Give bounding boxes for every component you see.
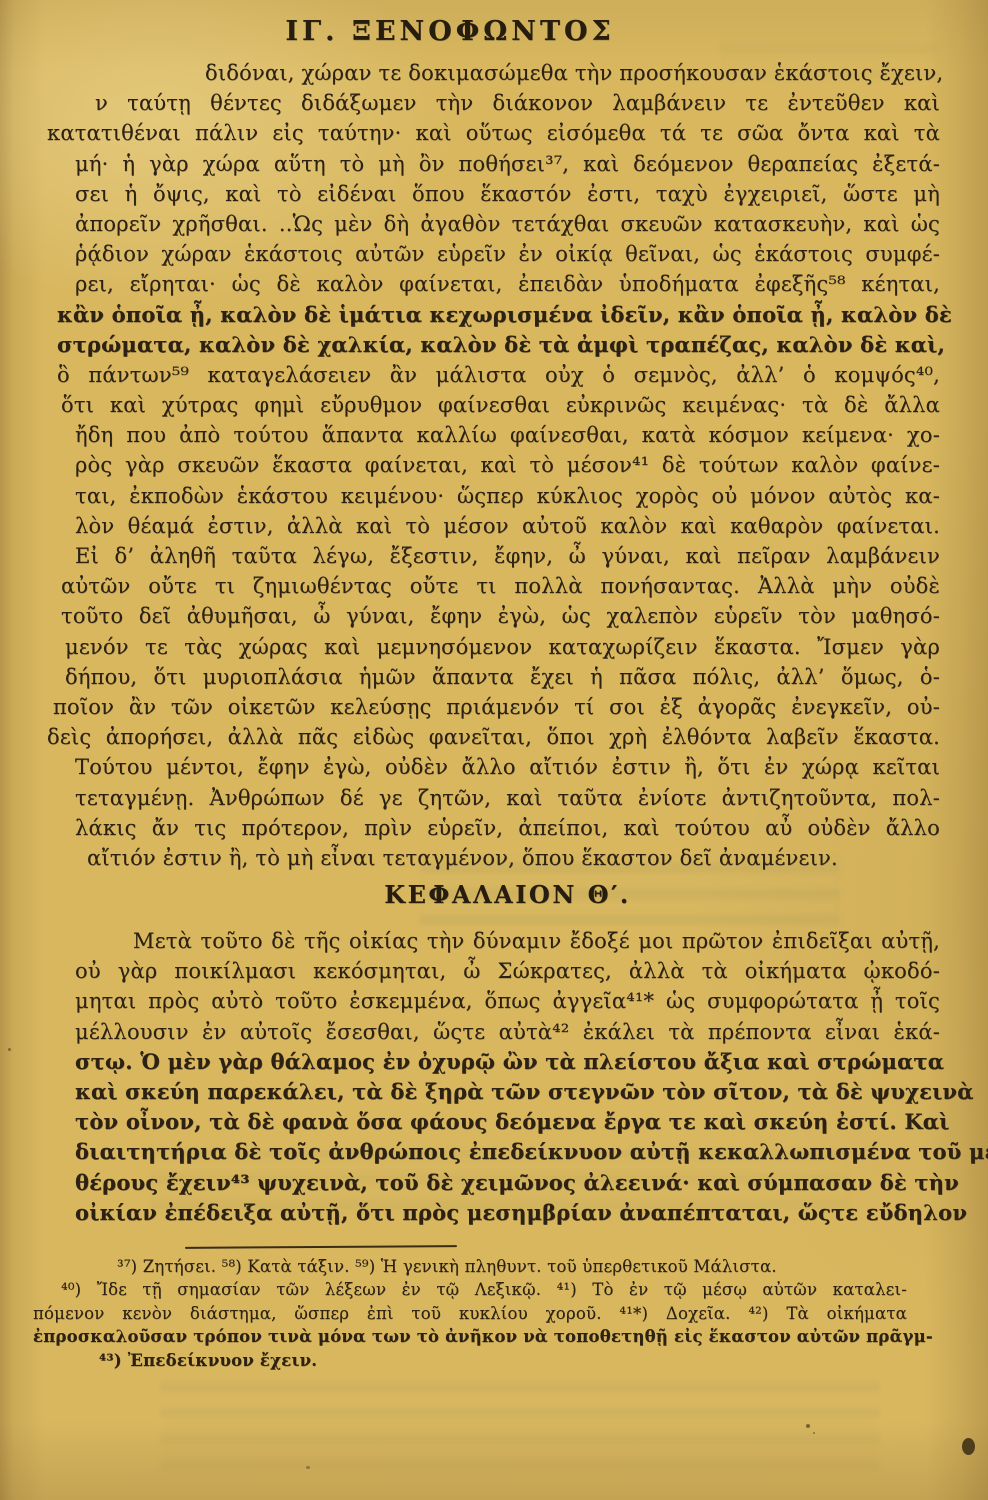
ink-speck — [813, 1432, 815, 1434]
footnotes-block: ³⁷) Ζητήσει. ⁵⁸) Κατὰ τάξιν. ⁵⁹) Ἡ γενικ… — [33, 1255, 907, 1372]
text-line: οὐ γὰρ ποικίλμασι κεκόσμηται, ὦ Σώκρατες… — [75, 956, 940, 986]
footnote-separator — [185, 1245, 457, 1249]
ink-speck — [306, 1466, 310, 1469]
text-line: ἀπορεῖν χρῆσθαι. ..Ὡς μὲν δὴ ἀγαθὸν τετά… — [75, 209, 940, 239]
page-title: ΙΓ. ΞΕΝΟΦΩΝΤΟΣ — [0, 16, 900, 47]
text-line: μέλλουσιν ἐν αὐτοῖς ἔσεσθαι, ὥςτε αὐτὰ⁴²… — [75, 1017, 940, 1047]
ink-speck — [8, 1048, 11, 1051]
paragraph-1: διδόναι, χώραν τε δοκιμασώμεθα τὴν προσή… — [75, 58, 940, 873]
text-line: τοῦτο δεῖ ἀθυμῆσαι, ὦ γύναι, ἔφην ἐγὼ, ὡ… — [61, 601, 940, 631]
text-line: αἴτιόν ἐστιν ἢ, τὸ μὴ εἶναι τεταγμένον, … — [75, 843, 940, 873]
text-line: δήπου, ὅτι μυριοπλάσια ἡμῶν ἅπαντα ἔχει … — [65, 662, 940, 692]
text-line: αὐτῶν οὔτε τι ζημιωθέντας οὔτε τι πολλὰ … — [61, 571, 940, 601]
text-line: δεὶς ἀπορήσει, ἀλλὰ πᾶς εἰδὼς φανεῖται, … — [47, 722, 940, 752]
text-line: ται, ἐκποδὼν ἑκάστου κειμένου· ὥςπερ κύκ… — [75, 481, 940, 511]
book-page: ΙΓ. ΞΕΝΟΦΩΝΤΟΣ διδόναι, χώραν τε δοκιμασ… — [0, 0, 988, 1500]
text-line: Τούτου μέντοι, ἔφην ἐγὼ, οὐδὲν ἄλλο αἴτι… — [75, 752, 940, 782]
footnote-line: ἐπροσκαλοῦσαν τρόπον τινὰ μόνα των τὸ ἀν… — [33, 1325, 907, 1348]
footnote-line: ³⁷) Ζητήσει. ⁵⁸) Κατὰ τάξιν. ⁵⁹) Ἡ γενικ… — [33, 1255, 907, 1278]
text-line: κατατιθέναι πάλιν εἰς ταύτην· καὶ οὕτως … — [47, 118, 940, 148]
text-line: ν ταύτῃ θέντες διδάξωμεν τὴν διάκονον λα… — [75, 88, 940, 118]
text-line: διαιτητήρια δὲ τοῖς ἀνθρώποις ἐπεδείκνυο… — [75, 1137, 940, 1167]
text-line: θέρους ἔχειν⁴³ ψυχεινὰ, τοῦ δὲ χειμῶνος … — [75, 1168, 940, 1198]
text-line: λὸν θέαμά ἐστιν, ἀλλὰ καὶ τὸ μέσον αὐτοῦ… — [75, 511, 940, 541]
text-line: ἤδη που ἀπὸ τούτου ἅπαντα καλλίω φαίνεσθ… — [75, 420, 940, 450]
text-line: ρει, εἴρηται· ὡς δὲ καλὸν φαίνεται, ἐπει… — [75, 269, 940, 299]
text-line: μενόν τε τὰς χώρας καὶ μεμνησόμενον κατα… — [65, 632, 940, 662]
ink-speck — [806, 1424, 810, 1428]
bleedthrough-artifact — [160, 1380, 880, 1470]
footnote-line: πόμενον κενὸν διάστημα, ὥσπερ ἐπὶ τοῦ κυ… — [33, 1302, 907, 1325]
text-line: τεταγμένῃ. Ἀνθρώπων δέ γε ζητῶν, καὶ ταῦ… — [75, 783, 940, 813]
text-line: καὶ σκεύη παρεκάλει, τὰ δὲ ξηρὰ τῶν στεγ… — [75, 1077, 940, 1107]
footnote-line: ⁴³) Ἐπεδείκνυον ἔχειν. — [33, 1349, 907, 1372]
text-line: στῳ. Ὁ μὲν γὰρ θάλαμος ἐν ὀχυρῷ ὢν τὰ πλ… — [75, 1047, 940, 1077]
text-line: κἂν ὁποῖα ᾖ, καλὸν δὲ ἱμάτια κεχωρισμένα… — [57, 300, 940, 330]
text-line: οἰκίαν ἐπέδειξα αὐτῇ, ὅτι πρὸς μεσημβρία… — [75, 1198, 940, 1228]
text-line: μηται πρὸς αὐτὸ τοῦτο ἐσκεμμένα, ὅπως ἀγ… — [75, 986, 940, 1016]
text-line: στρώματα, καλὸν δὲ χαλκία, καλὸν δὲ τὰ ἀ… — [57, 330, 940, 360]
text-line: ὅτι καὶ χύτρας φημὶ εὔρυθμον φαίνεσθαι ε… — [61, 390, 940, 420]
text-line: Μετὰ τοῦτο δὲ τῆς οἰκίας τὴν δύναμιν ἔδο… — [75, 926, 940, 956]
footnote-line: ⁴⁰) Ἴδε τῇ σημασίαν τῶν λέξεων ἐν τῷ Λεξ… — [33, 1278, 907, 1301]
chapter-heading: ΚΕΦΑΛΑΙΟΝ Θ′. — [75, 880, 940, 909]
text-line: μή· ἡ γὰρ χώρα αὕτη τὸ μὴ ὂν ποθήσει³⁷, … — [75, 149, 940, 179]
text-line: ὃ πάντων⁵⁹ καταγελάσειεν ἂν μάλιστα οὐχ … — [57, 360, 940, 390]
text-line: τὸν οἶνον, τὰ δὲ φανὰ ὅσα φάους δεόμενα … — [75, 1107, 940, 1137]
text-line: Εἰ δ’ ἀληθῆ ταῦτα λέγω, ἔξεστιν, ἔφην, ὦ… — [75, 541, 940, 571]
text-line: σει ἡ ὄψις, καὶ τὸ εἰδέναι ὅπου ἕκαστόν … — [75, 179, 940, 209]
text-line: ρὸς γὰρ σκευῶν ἕκαστα φαίνεται, καὶ τὸ μ… — [75, 450, 940, 480]
text-line: ῥᾴδιον χώραν ἑκάστοις αὐτῶν εὑρεῖν ἐν οἰ… — [75, 239, 940, 269]
text-line: ποῖον ἂν τῶν οἰκετῶν κελεύσῃς πριάμενόν … — [53, 692, 940, 722]
paragraph-2: Μετὰ τοῦτο δὲ τῆς οἰκίας τὴν δύναμιν ἔδο… — [75, 926, 940, 1228]
text-line: λάκις ἄν τις πρότερον, πρὶν εὑρεῖν, ἀπεί… — [75, 813, 940, 843]
ink-speck — [962, 1438, 975, 1455]
text-line: διδόναι, χώραν τε δοκιμασώμεθα τὴν προσή… — [75, 58, 940, 88]
